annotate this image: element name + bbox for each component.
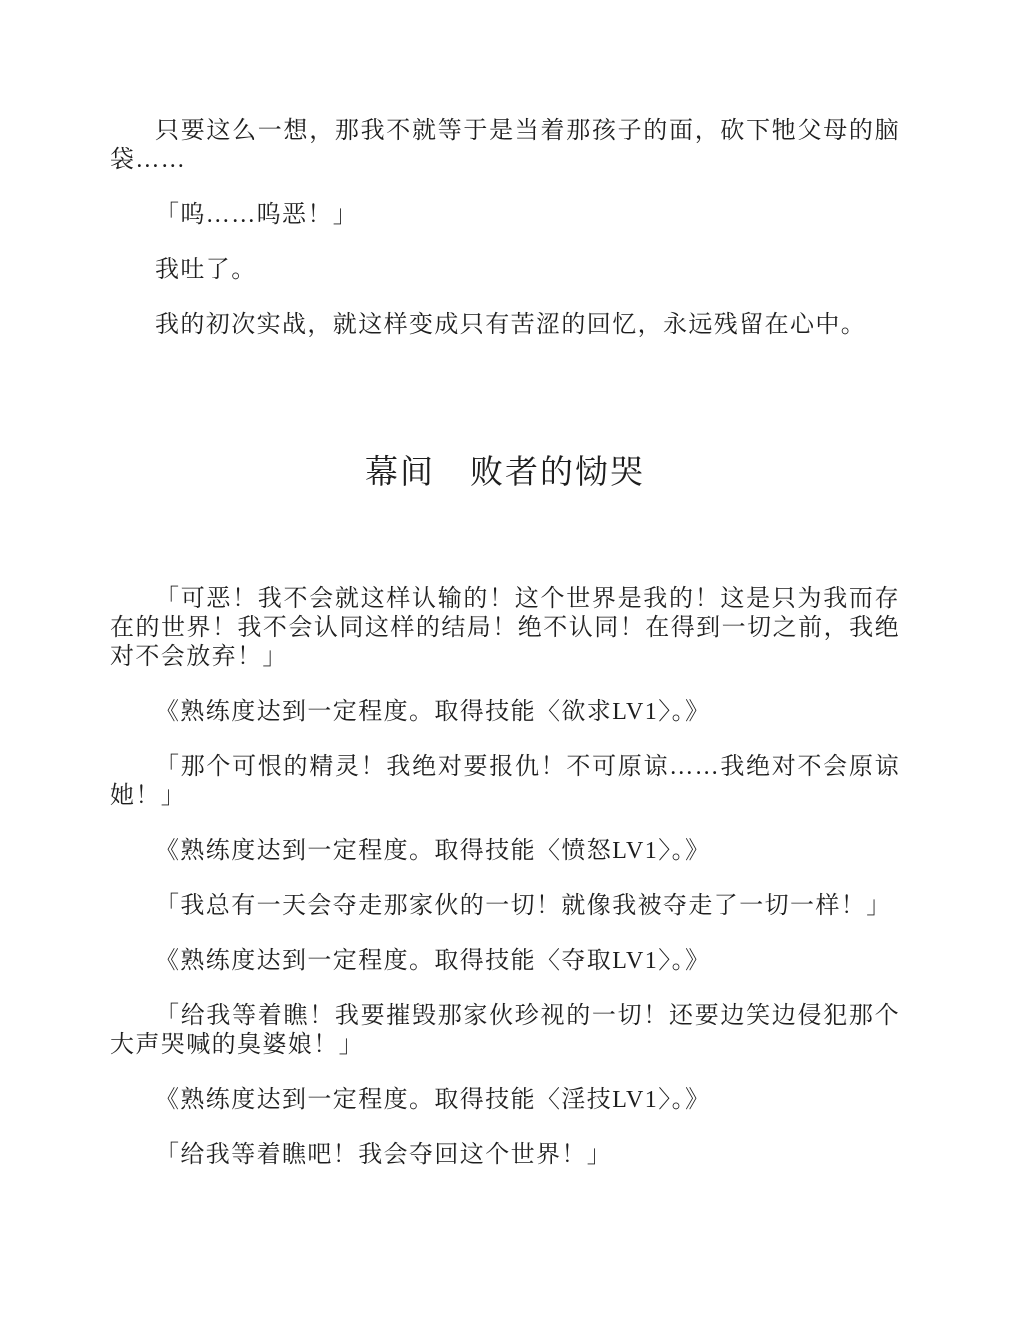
dialogue-paragraph: 「那个可恨的精灵！我绝对要报仇！不可原谅……我绝对不会原谅她！」 [110,753,900,811]
narration-paragraph: 我的初次实战，就这样变成只有苦涩的回忆，永远残留在心中。 [110,311,900,340]
book-page: 只要这么一想，那我不就等于是当着那孩子的面，砍下牠父母的脑袋…… 「呜……呜恶！… [110,117,900,1196]
dialogue-paragraph: 「呜……呜恶！」 [110,201,900,230]
narration-paragraph: 我吐了。 [110,256,900,285]
chapter-heading: 幕间 败者的恸哭 [110,452,900,494]
system-message-paragraph: 《熟练度达到一定程度。取得技能〈淫技LV1〉。》 [110,1086,900,1115]
system-message-paragraph: 《熟练度达到一定程度。取得技能〈愤怒LV1〉。》 [110,837,900,866]
narration-paragraph: 只要这么一想，那我不就等于是当着那孩子的面，砍下牠父母的脑袋…… [110,117,900,175]
dialogue-paragraph: 「给我等着瞧！我要摧毁那家伙珍视的一切！还要边笑边侵犯那个大声哭喊的臭婆娘！」 [110,1002,900,1060]
dialogue-paragraph: 「可恶！我不会就这样认输的！这个世界是我的！这是只为我而存在的世界！我不会认同这… [110,585,900,672]
dialogue-paragraph: 「我总有一天会夺走那家伙的一切！就像我被夺走了一切一样！」 [110,892,900,921]
system-message-paragraph: 《熟练度达到一定程度。取得技能〈夺取LV1〉。》 [110,947,900,976]
system-message-paragraph: 《熟练度达到一定程度。取得技能〈欲求LV1〉。》 [110,698,900,727]
dialogue-paragraph: 「给我等着瞧吧！我会夺回这个世界！」 [110,1141,900,1170]
